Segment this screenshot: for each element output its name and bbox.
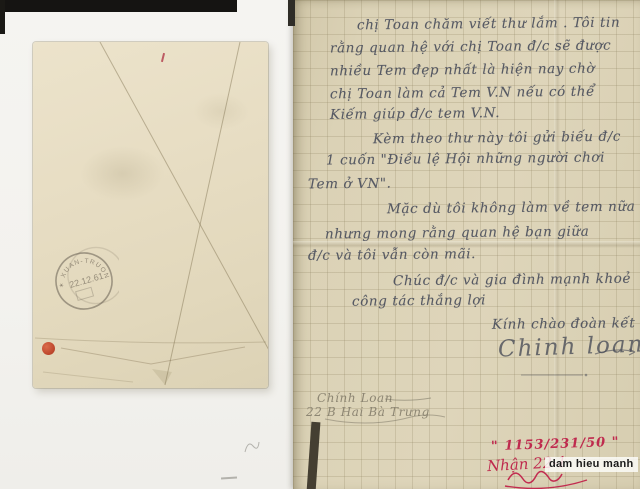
letter-line: 1 cuốn "Điều lệ Hội những người chơi — [326, 150, 605, 169]
letter-line: chị Toan chăm viết thư lắm . Tôi tin — [357, 15, 620, 34]
postmark-stamp: ✶ XUAN-TRUONG 22.12.61 — [49, 246, 119, 316]
letter-line: rằng quan hệ với chị Toan đ/c sẽ được — [330, 38, 611, 57]
letter-line: Kính chào đoàn kết — [492, 315, 635, 333]
sender-address: 22 B Hai Bà Trưng — [306, 405, 430, 419]
letter-line: nhưng mong rằng quan hệ bạn giữa — [325, 224, 589, 243]
watermark-label: dam hieu manh — [545, 457, 638, 472]
signature: Chinh loan — [498, 331, 640, 362]
scanner-edge-notch — [0, 0, 5, 34]
letter-line: Kèm theo thư này tôi gửi biếu đ/c — [373, 129, 621, 148]
page-edge-shadow-top — [288, 0, 295, 26]
red-seal-dot — [42, 342, 55, 355]
letter-line: Tem ở VN". — [308, 176, 392, 193]
stray-mark-dash — [221, 476, 237, 479]
envelope-fold-lines — [33, 42, 268, 388]
letter-line: chị Toan làm cả Tem V.N nếu có thể — [330, 84, 595, 103]
letter-line: nhiều Tem đẹp nhất là hiện nay chờ — [330, 61, 595, 80]
red-code-note: " 1153/231/50 " — [491, 435, 620, 454]
sender-name: Chính Loan — [317, 391, 393, 405]
scan-background: ✶ XUAN-TRUONG 22.12.61 chị Toan chăm viế… — [0, 0, 640, 489]
letter-line: Chúc đ/c và gia đình mạnh khoẻ — [393, 271, 631, 289]
stray-mark-squiggle — [242, 436, 262, 456]
letter-page: chị Toan chăm viết thư lắm . Tôi tin rằn… — [293, 0, 640, 489]
letter-line: Kiếm giúp đ/c tem V.N. — [330, 105, 500, 123]
postmark-date: 22.12.61 — [68, 271, 104, 290]
letter-line: đ/c và tôi vẫn còn mãi. — [308, 246, 476, 264]
scanner-edge-bar — [0, 0, 237, 12]
envelope-back: ✶ XUAN-TRUONG 22.12.61 — [33, 42, 268, 388]
letter-line: công tác thắng lợi — [352, 292, 486, 309]
letter-line: Mặc dù tôi không làm về tem nữa — [387, 199, 636, 218]
